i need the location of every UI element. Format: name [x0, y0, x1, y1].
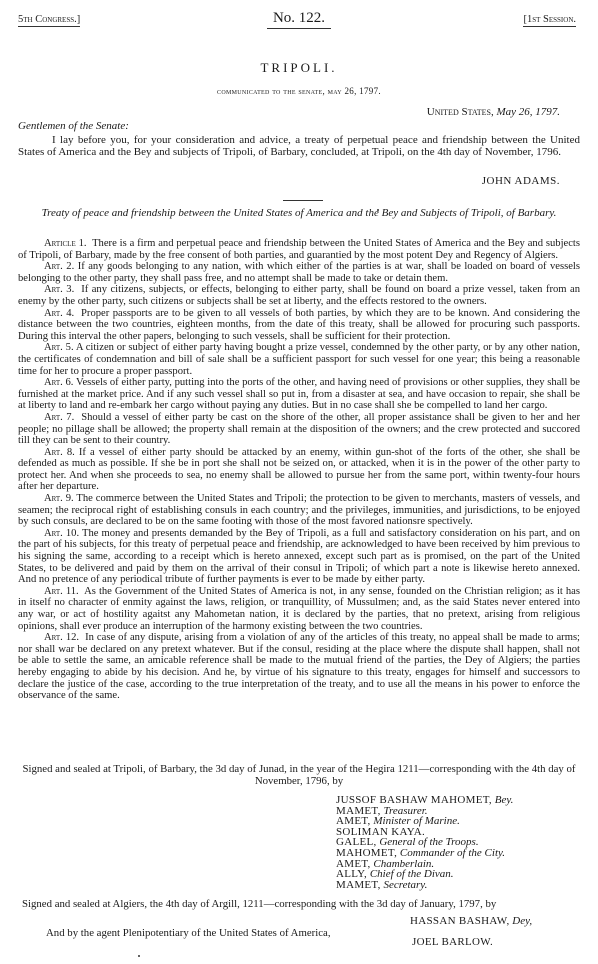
us-signer: JOEL BARLOW. [412, 936, 493, 948]
document-title: TRIPOLI. [0, 60, 598, 76]
section-divider [283, 200, 323, 201]
article: Art. 3. If any citizens, subjects, or ef… [18, 284, 580, 307]
signed-at-tripoli: Signed and sealed at Tripoli, of Barbary… [14, 763, 584, 787]
algiers-signer: HASSAN BASHAW, Dey, [410, 915, 532, 927]
agent-line: And by the agent Plenipotentiary of the … [46, 927, 331, 939]
document-page: 5th Congress.] No. 122. [1st Session. TR… [0, 0, 598, 964]
article: Art. 10. The money and presents demanded… [18, 528, 580, 586]
document-number: No. 122. [0, 10, 598, 27]
tripoli-signatories: JUSSOF BASHAW MAHOMET, Bey. MAMET, Treas… [336, 795, 513, 890]
session-label: [1st Session. [523, 14, 576, 27]
communicated-line: communicated to the senate, may 26, 1797… [0, 86, 598, 96]
article: Art. 9. The commerce between the United … [18, 493, 580, 528]
salutation: Gentlemen of the Senate: [18, 120, 129, 132]
treaty-title: Treaty of peace and friendship between t… [14, 207, 584, 219]
signed-at-algiers: Signed and sealed at Algiers, the 4th da… [22, 898, 496, 910]
signatory: MAMET, Secretary. [336, 880, 513, 891]
adams-signature: JOHN ADAMS. [482, 175, 560, 187]
article: Art. 5. A citizen or subject of either p… [18, 342, 580, 377]
message-dateline: United States, May 26, 1797. [427, 106, 560, 118]
message-body: I lay before you, for your consideration… [18, 134, 580, 158]
article: Art. 4. Proper passports are to be given… [18, 308, 580, 343]
article: Art. 6. Vessels of either party, putting… [18, 377, 580, 412]
article: Art. 12. In case of any dispute, arising… [18, 632, 580, 702]
print-speck [138, 955, 140, 957]
article: Article 1. There is a firm and perpetual… [18, 238, 580, 261]
article: Art. 11. As the Government of the United… [18, 586, 580, 632]
articles-list: Article 1. There is a firm and perpetual… [18, 238, 580, 702]
article: Art. 8. If a vessel of either party shou… [18, 447, 580, 493]
article: Art. 7. Should a vessel of either party … [18, 412, 580, 447]
article: Art. 2. If any goods belonging to any na… [18, 261, 580, 284]
